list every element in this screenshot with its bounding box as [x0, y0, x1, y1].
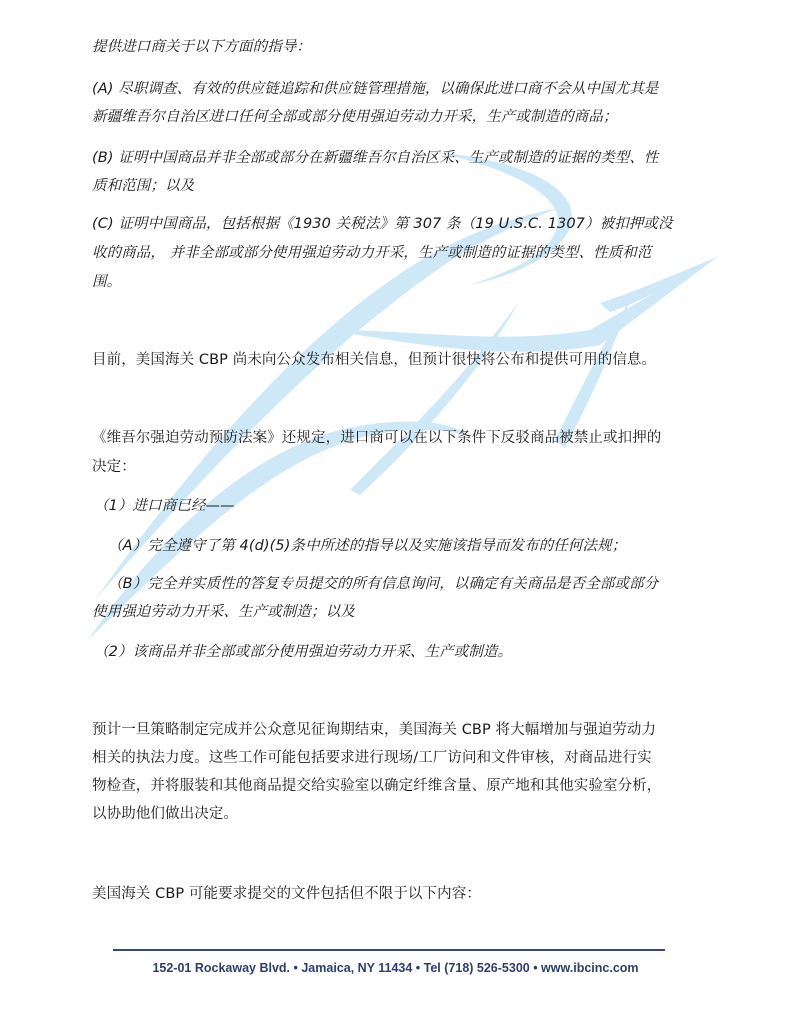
item-b-line-1: (B) 证明中国商品并非全部或部分在新疆维吾尔自治区采、生产或制造的证据的类型、…: [92, 148, 658, 168]
guidance-intro: 提供进口商关于以下方面的指导：: [92, 37, 311, 57]
enforcement-line-3: 物检查，并将服装和其他商品提交给实验室以确定纤维含量、原产地和其他实验室分析，: [92, 776, 661, 796]
condition-1-b-line-1: （B）完全并实质性的答复专员提交的所有信息询问，以确定有关商品是否全部或部分: [108, 574, 658, 594]
item-c-line-1: (C) 证明中国商品，包括根据《1930 关税法》第 307 条（19 U.S.…: [92, 214, 673, 234]
cbp-status-paragraph: 目前，美国海关 CBP 尚未向公众发布相关信息，但预计很快将公布和提供可用的信息…: [92, 350, 656, 370]
condition-1-a: （A）完全遵守了第 4(d)(5)条中所述的指导以及实施该指导而发布的任何法规；: [108, 536, 626, 556]
condition-1-b-line-2: 使用强迫劳动力开采、生产或制造；以及: [92, 602, 355, 622]
footer-address: 152-01 Rockaway Blvd. • Jamaica, NY 1143…: [0, 961, 791, 975]
enforcement-line-4: 以协助他们做出决定。: [92, 804, 238, 824]
enforcement-line-2: 相关的执法力度。这些工作可能包括要求进行现场/工厂访问和文件审核，对商品进行实: [92, 748, 652, 768]
item-b-line-2: 质和范围；以及: [92, 176, 194, 196]
rebuttal-intro-line-1: 《维吾尔强迫劳动预防法案》还规定，进口商可以在以下条件下反驳商品被禁止或扣押的: [92, 428, 661, 448]
item-a-line-2: 新疆维吾尔自治区进口任何全部或部分使用强迫劳动力开采，生产或制造的商品；: [92, 107, 618, 127]
footer-divider: [113, 949, 665, 951]
condition-1: （1）进口商已经——: [94, 496, 235, 516]
item-c-line-2: 收的商品， 并非全部或部分使用强迫劳动力开采，生产或制造的证据的类型、性质和范: [92, 243, 652, 263]
enforcement-line-1: 预计一旦策略制定完成并公众意见征询期结束，美国海关 CBP 将大幅增加与强迫劳动…: [92, 720, 656, 740]
rebuttal-intro-line-2: 决定：: [92, 457, 136, 477]
condition-2: （2）该商品并非全部或部分使用强迫劳动力开采、生产或制造。: [94, 642, 512, 662]
item-c-line-3: 围。: [92, 272, 121, 292]
documents-intro: 美国海关 CBP 可能要求提交的文件包括但不限于以下内容：: [92, 884, 481, 904]
item-a-line-1: (A) 尽职调查、有效的供应链追踪和供应链管理措施，以确保此进口商不会从中国尤其…: [92, 79, 658, 99]
